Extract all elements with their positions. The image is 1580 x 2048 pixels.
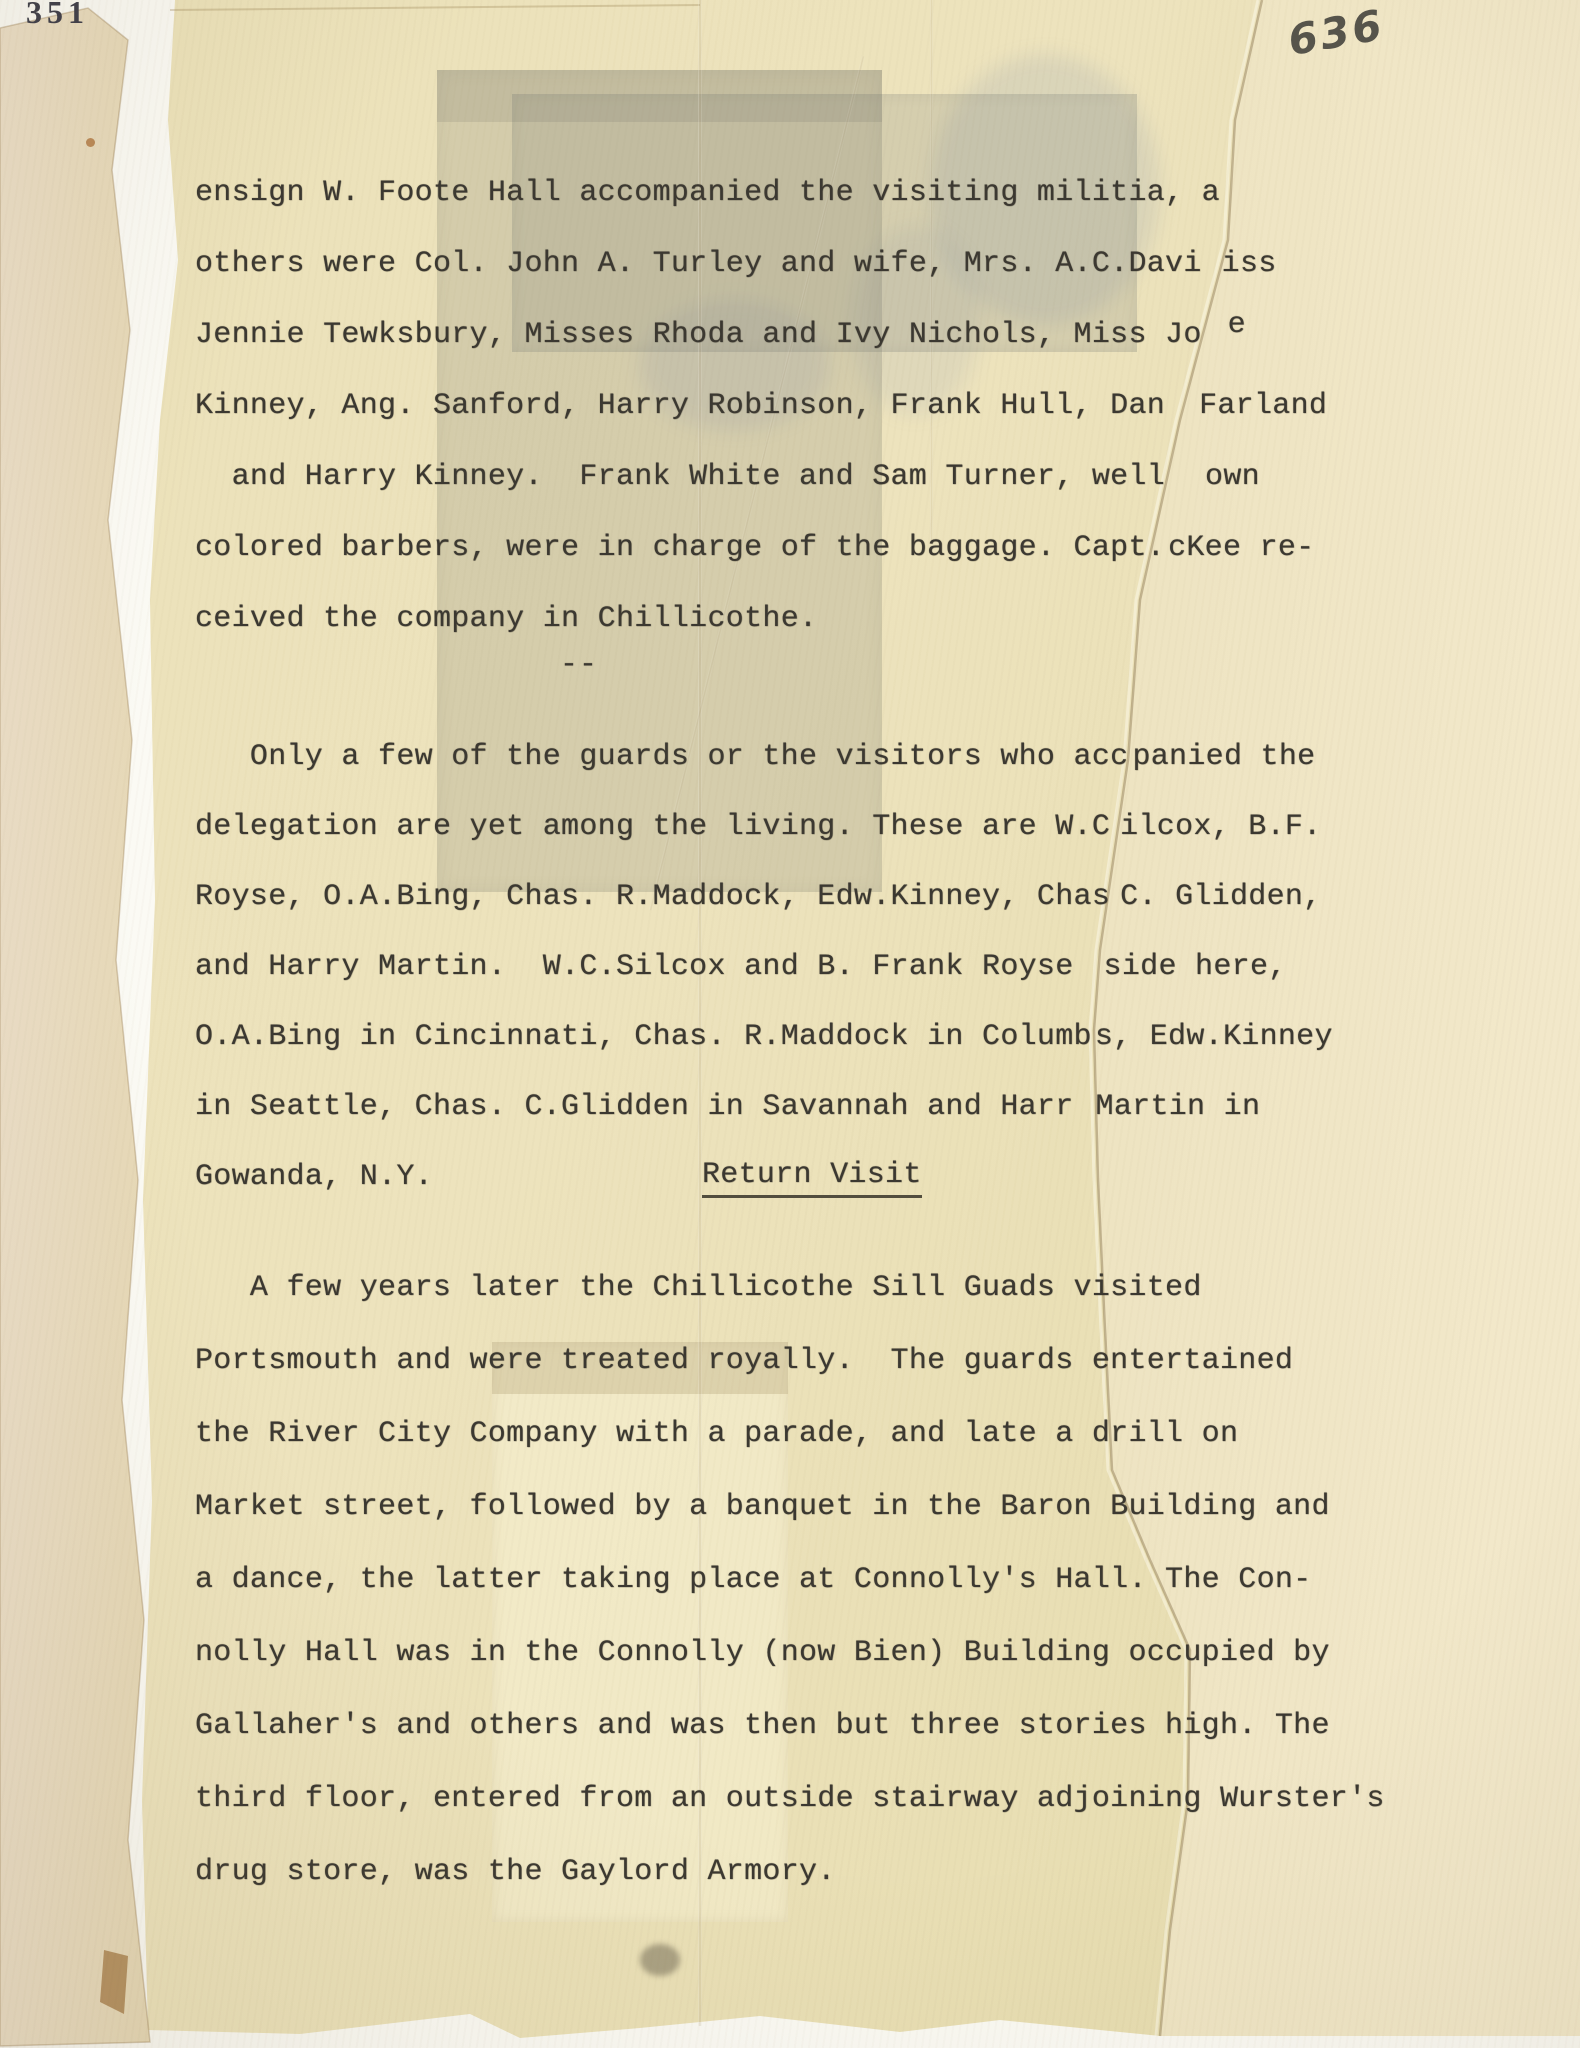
- typed-text: drug store, was the Gaylord Armory.: [195, 1855, 836, 1889]
- typed-line: third floor, entered from an outside sta…: [195, 1763, 1385, 1836]
- typed-line: Market street, followed by a banquet in …: [195, 1471, 1385, 1544]
- typed-text: Kinney, Ang. Sanford, Harry Robinson, Fr…: [195, 389, 1165, 423]
- typed-line-fragment: s, Edw.Kinney: [1095, 1002, 1333, 1072]
- typed-text: and Harry Kinney. Frank White and Sam Tu…: [232, 460, 1165, 494]
- section-heading: Return Visit: [702, 1158, 922, 1198]
- typed-line-fragment: side here,: [1104, 932, 1287, 1002]
- typed-line: Gallaher's and others and was then but t…: [195, 1690, 1385, 1763]
- typed-line: Only a few of the guards or the visitors…: [195, 722, 1333, 792]
- section-divider-dashes: --: [560, 648, 598, 682]
- typed-text: Gallaher's and others and was then but t…: [195, 1709, 1330, 1743]
- typed-text: third floor, entered from an outside sta…: [195, 1782, 1385, 1816]
- typed-text: others were Col. John A. Turley and wife…: [195, 247, 1202, 281]
- typed-paragraph-2: Only a few of the guards or the visitors…: [195, 722, 1333, 1212]
- typed-text: ceived the company in Chillicothe.: [195, 602, 817, 636]
- typed-line: A few years later the Chillicothe Sill G…: [195, 1252, 1385, 1325]
- typed-paragraph-3: A few years later the Chillicothe Sill G…: [195, 1252, 1385, 1909]
- typed-paragraph-1: ensign W. Foote Hall accompanied the vis…: [195, 158, 1327, 655]
- typed-line: ensign W. Foote Hall accompanied the vis…: [195, 158, 1327, 229]
- typed-line: and Harry Martin. W.C.Silcox and B. Fran…: [195, 932, 1333, 1002]
- typed-line-fragment: Martin in: [1096, 1072, 1261, 1142]
- typed-line-fragment: cKee re-: [1168, 513, 1314, 584]
- typed-text: A few years later the Chillicothe Sill G…: [250, 1271, 1202, 1305]
- typed-line: and Harry Kinney. Frank White and Sam Tu…: [195, 442, 1327, 513]
- typed-text: delegation are yet among the living. The…: [195, 810, 1110, 844]
- typed-text: a dance, the latter taking place at Conn…: [195, 1563, 1311, 1597]
- typed-text: Gowanda, N.Y.: [195, 1160, 433, 1194]
- typed-line-fragment: panied the: [1132, 722, 1315, 792]
- typed-text: and Harry Martin. W.C.Silcox and B. Fran…: [195, 950, 1074, 984]
- typed-text: in Seattle, Chas. C.Glidden in Savannah …: [195, 1090, 1074, 1124]
- typed-text: Jennie Tewksbury, Misses Rhoda and Ivy N…: [195, 318, 1202, 352]
- typed-text: nolly Hall was in the Connolly (now Bien…: [195, 1636, 1330, 1670]
- ink-smudge: [640, 1944, 680, 1976]
- typed-line: nolly Hall was in the Connolly (now Bien…: [195, 1617, 1385, 1690]
- typed-text: ensign W. Foote Hall accompanied the vis…: [195, 176, 1220, 210]
- typed-line: Royse, O.A.Bing, Chas. R.Maddock, Edw.Ki…: [195, 862, 1333, 932]
- typed-text: the River City Company with a parade, an…: [195, 1417, 1238, 1451]
- typed-line: ceived the company in Chillicothe.: [195, 584, 1327, 655]
- typed-line: in Seattle, Chas. C.Glidden in Savannah …: [195, 1072, 1333, 1142]
- typed-text: Only a few of the guards or the visitors…: [250, 740, 1129, 774]
- page-torn-strip: [0, 8, 150, 2046]
- typed-line: delegation are yet among the living. The…: [195, 792, 1333, 862]
- typed-line: Jennie Tewksbury, Misses Rhoda and Ivy N…: [195, 300, 1327, 371]
- typed-text: colored barbers, were in charge of the b…: [195, 531, 1165, 565]
- handwritten-page-number-left: 351: [26, 0, 89, 31]
- typed-line-fragment: e: [1228, 290, 1246, 361]
- typed-line: a dance, the latter taking place at Conn…: [195, 1544, 1385, 1617]
- typed-line: the River City Company with a parade, an…: [195, 1398, 1385, 1471]
- typed-text: O.A.Bing in Cincinnati, Chas. R.Maddock …: [195, 1020, 1092, 1054]
- typed-line-fragment: C. Glidden,: [1120, 862, 1321, 932]
- typed-line: others were Col. John A. Turley and wife…: [195, 229, 1327, 300]
- typed-text: Royse, O.A.Bing, Chas. R.Maddock, Edw.Ki…: [195, 880, 1110, 914]
- typed-line: colored barbers, were in charge of the b…: [195, 513, 1327, 584]
- typed-line-fragment: ilcox, B.F.: [1120, 792, 1321, 862]
- typed-text: Portsmouth and were treated royally. The…: [195, 1344, 1293, 1378]
- typed-line-fragment: own: [1205, 442, 1260, 513]
- foxing-spot: [86, 138, 95, 147]
- typed-line-fragment: Farland: [1199, 371, 1327, 442]
- document-scan: 351 636 ensign W. Foote Hall accompanied…: [0, 0, 1580, 2048]
- typed-line: Portsmouth and were treated royally. The…: [195, 1325, 1385, 1398]
- typed-line: Kinney, Ang. Sanford, Harry Robinson, Fr…: [195, 371, 1327, 442]
- typed-line: drug store, was the Gaylord Armory.: [195, 1836, 1385, 1909]
- typed-line: O.A.Bing in Cincinnati, Chas. R.Maddock …: [195, 1002, 1333, 1072]
- typed-text: Market street, followed by a banquet in …: [195, 1490, 1330, 1524]
